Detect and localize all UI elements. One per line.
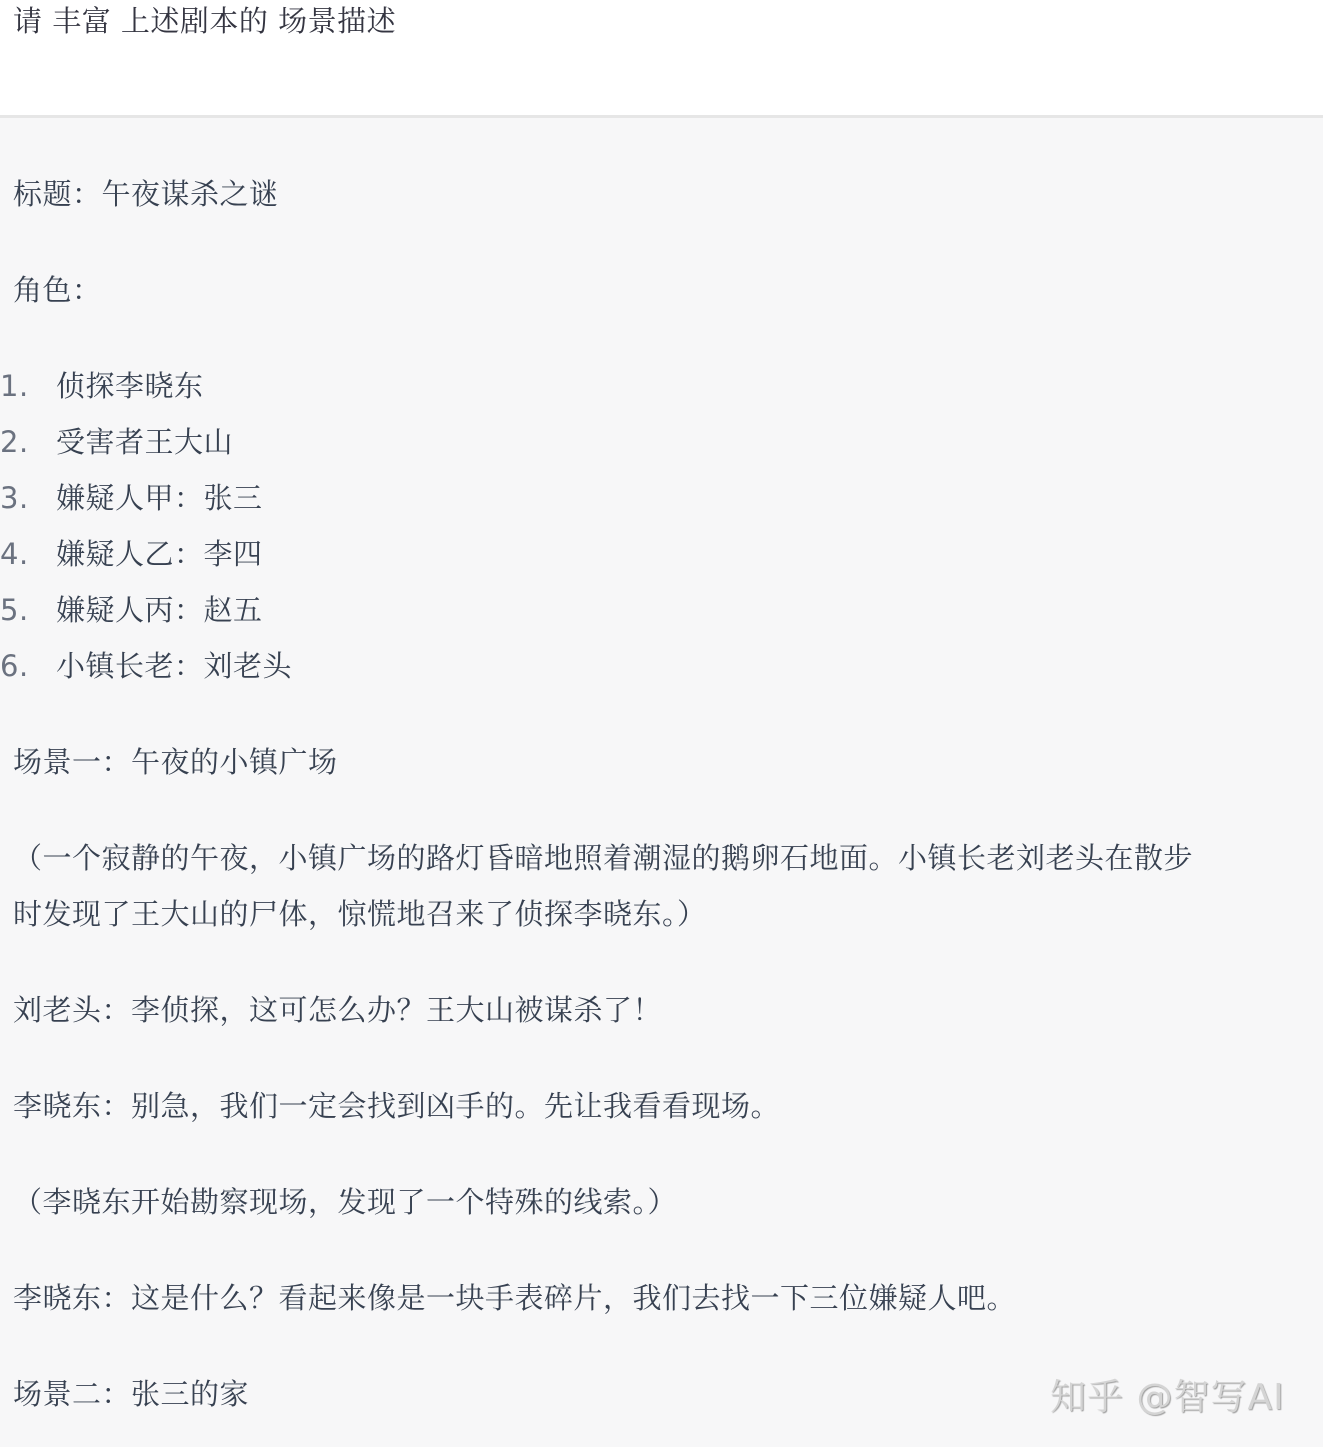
user-prompt-text: 请 丰富 上述剧本的 场景描述: [13, 1, 396, 41]
role-text: 侦探李晓东: [56, 369, 204, 403]
list-number: 6.: [0, 646, 56, 686]
role-text: 受害者王大山: [56, 425, 233, 459]
list-item: 3.嫌疑人甲：张三: [0, 478, 263, 518]
list-item: 4.嫌疑人乙：李四: [0, 534, 263, 574]
watermark: 知乎 @智写AI: [1050, 1373, 1285, 1423]
roles-label: 角色：: [13, 270, 102, 310]
list-item: 5.嫌疑人丙：赵五: [0, 590, 263, 630]
scene1-description-line2: 时发现了王大山的尸体，惊慌地召来了侦探李晓东。）: [13, 894, 707, 934]
assistant-response-area: 标题：午夜谋杀之谜 角色： 1.侦探李晓东 2.受害者王大山 3.嫌疑人甲：张三…: [0, 118, 1323, 1447]
role-text: 嫌疑人甲：张三: [56, 481, 263, 515]
list-number: 4.: [0, 534, 56, 574]
user-prompt-area: 请 丰富 上述剧本的 场景描述: [0, 0, 1323, 115]
list-number: 3.: [0, 478, 56, 518]
scene1-heading: 场景一：午夜的小镇广场: [13, 742, 338, 782]
dialogue-line: 李晓东：这是什么？看起来像是一块手表碎片，我们去找一下三位嫌疑人吧。: [13, 1278, 1016, 1318]
list-number: 1.: [0, 366, 56, 406]
scene2-heading: 场景二：张三的家: [13, 1374, 249, 1414]
script-title: 标题：午夜谋杀之谜: [13, 174, 279, 214]
dialogue-line: 李晓东：别急，我们一定会找到凶手的。先让我看看现场。: [13, 1086, 780, 1126]
list-number: 2.: [0, 422, 56, 462]
list-number: 5.: [0, 590, 56, 630]
dialogue-line: 刘老头：李侦探，这可怎么办？王大山被谋杀了！: [13, 990, 662, 1030]
role-text: 嫌疑人乙：李四: [56, 537, 263, 571]
role-text: 嫌疑人丙：赵五: [56, 593, 263, 627]
role-text: 小镇长老：刘老头: [56, 649, 292, 683]
stage-direction: （李晓东开始勘察现场，发现了一个特殊的线索。）: [13, 1182, 677, 1222]
scene1-description-line1: （一个寂静的午夜，小镇广场的路灯昏暗地照着潮湿的鹅卵石地面。小镇长老刘老头在散步: [13, 838, 1193, 878]
list-item: 2.受害者王大山: [0, 422, 233, 462]
list-item: 1.侦探李晓东: [0, 366, 204, 406]
list-item: 6.小镇长老：刘老头: [0, 646, 292, 686]
